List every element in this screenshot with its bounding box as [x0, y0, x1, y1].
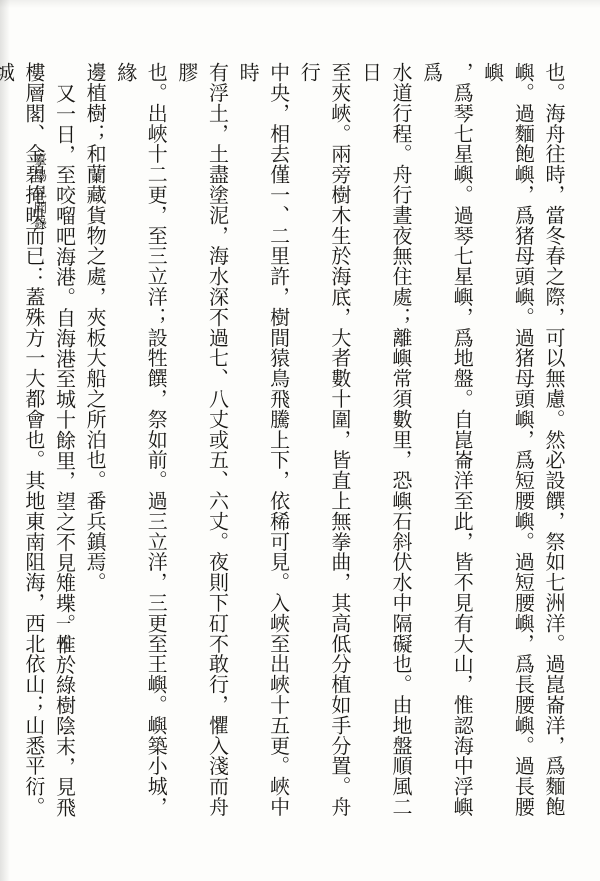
text-column-4: 水道行程。舟行晝夜無住處；離嶼常須數里，恐嶼石斜伏水中隔礙也。由地盤順風二日 [354, 62, 415, 824]
text-column-2: 嶼。過麵飽嶼，爲猪母頭嶼。過猪母頭嶼，爲短腰嶼。過短腰嶼，爲長腰嶼。過長腰嶼 [476, 62, 537, 824]
text-column-7: 有浮土，土盡塗泥，海水深不過七、八丈或五、六丈。夜則下矴不敢行，懼入淺而舟膠 [170, 62, 231, 824]
text-column-9: 邊植樹；和蘭藏貨物之處，夾板大船之所泊也。番兵鎮焉。 [79, 62, 110, 824]
text-column-1: 也。海舟往時，當冬春之際，可以無慮。然必設饌，祭如七洲洋。過崑崙洋，爲麵飽 [537, 62, 568, 824]
text-column-11: 樓層閣、金碧掩映而已：蓋殊方一大都會也。其地東南阻海，西北依山；山悉平衍。城 [0, 62, 48, 824]
page-top-shadow [0, 0, 600, 8]
text-column-5: 至夾峽。兩旁樹木生於海底，大者數十圍，皆直上無拳曲，其高低分植如手分置。舟行 [293, 62, 354, 824]
text-column-8: 也。出峽十二更，至三立洋；設牲饌，祭如前。過三立洋，三更至王嶼。嶼築小城，緣 [109, 62, 170, 824]
text-column-6: 中央，相去僅一、二里許，樹間猿鳥飛騰上下，依稀可見。入峽至出峽十五更。峽中時 [231, 62, 292, 824]
page-text-block: 也。海舟往時，當冬春之際，可以無慮。然必設饌，祭如七洲洋。過崑崙洋，爲麵飽 嶼。… [0, 62, 568, 824]
text-column-3: ，爲琴七星嶼。過琴七星嶼，爲地盤。自崑崙洋至此，皆不見有大山，惟認海中浮嶼爲 [415, 62, 476, 824]
text-column-10: 又一日，至咬𠺕吧海港。自海港至城十餘里，望之不見雉堞。惟於綠樹陰末，見飛 [48, 62, 79, 845]
